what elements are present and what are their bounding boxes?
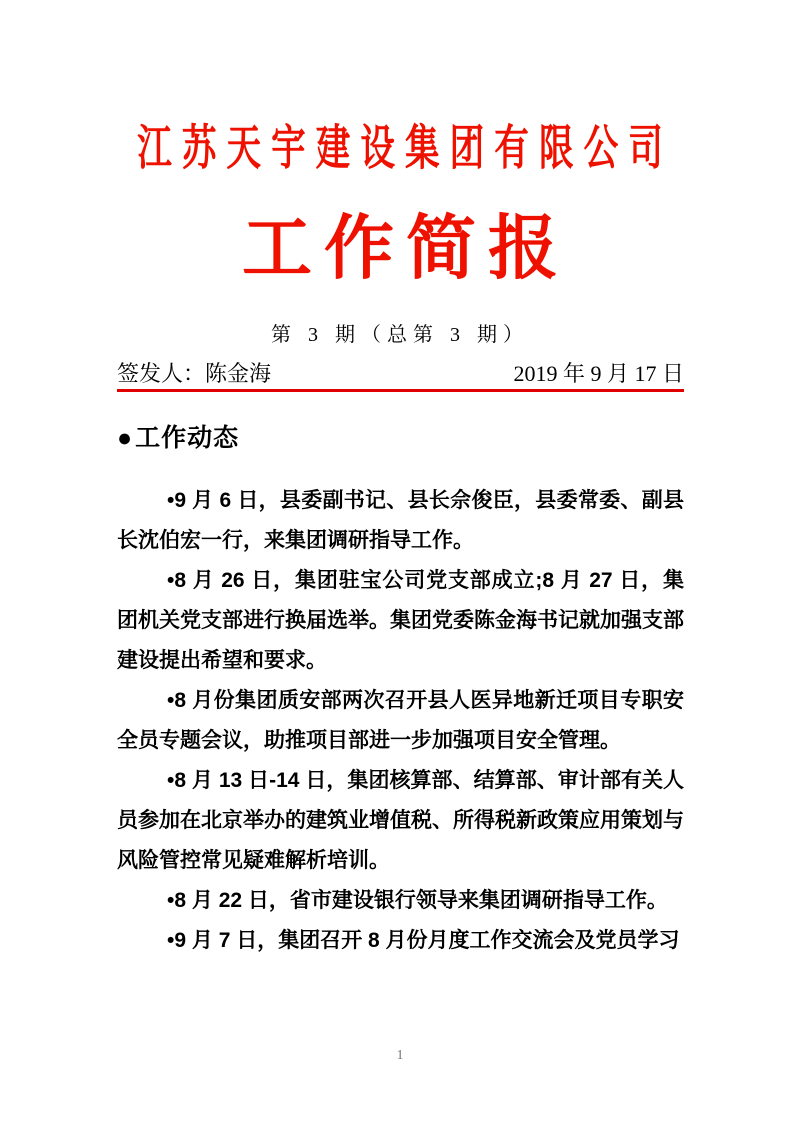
document-page: 江苏天宇建设集团有限公司 工作简报 第 3 期（总第 3 期） 签发人：陈金海 …	[0, 0, 800, 1131]
section-bullet-icon: ●	[117, 424, 133, 452]
news-item: •8 月 13 日-14 日，集团核算部、结算部、审计部有关人员参加在北京举办的…	[117, 761, 684, 881]
news-item: •8 月 26 日，集团驻宝公司党支部成立;8 月 27 日，集团机关党支部进行…	[117, 561, 684, 681]
issuer-name: 签发人：陈金海	[117, 361, 271, 387]
body-text: •9 月 6 日，县委副书记、县长佘俊臣，县委常委、副县长沈伯宏一行，来集团调研…	[117, 481, 684, 961]
news-item: •9 月 7 日，集团召开 8 月份月度工作交流会及党员学习	[117, 921, 684, 961]
issue-info: 第 3 期（总第 3 期）	[0, 324, 800, 346]
signature-row: 签发人：陈金海 2019 年 9 月 17 日	[117, 361, 684, 387]
page-number: 1	[0, 1048, 800, 1064]
signature-rule	[117, 389, 684, 392]
org-title: 江苏天宇建设集团有限公司	[112, 124, 688, 174]
issue-date: 2019 年 9 月 17 日	[513, 361, 684, 387]
section-heading-label: 工作动态	[135, 424, 239, 452]
section-heading: ●工作动态	[117, 425, 239, 452]
news-item: •9 月 6 日，县委副书记、县长佘俊臣，县委常委、副县长沈伯宏一行，来集团调研…	[117, 481, 684, 561]
news-item: •8 月份集团质安部两次召开县人医异地新迁项目专职安全员专题会议，助推项目部进一…	[117, 681, 684, 761]
doc-title: 工作简报	[0, 214, 800, 286]
news-item: •8 月 22 日，省市建设银行领导来集团调研指导工作。	[117, 881, 684, 921]
